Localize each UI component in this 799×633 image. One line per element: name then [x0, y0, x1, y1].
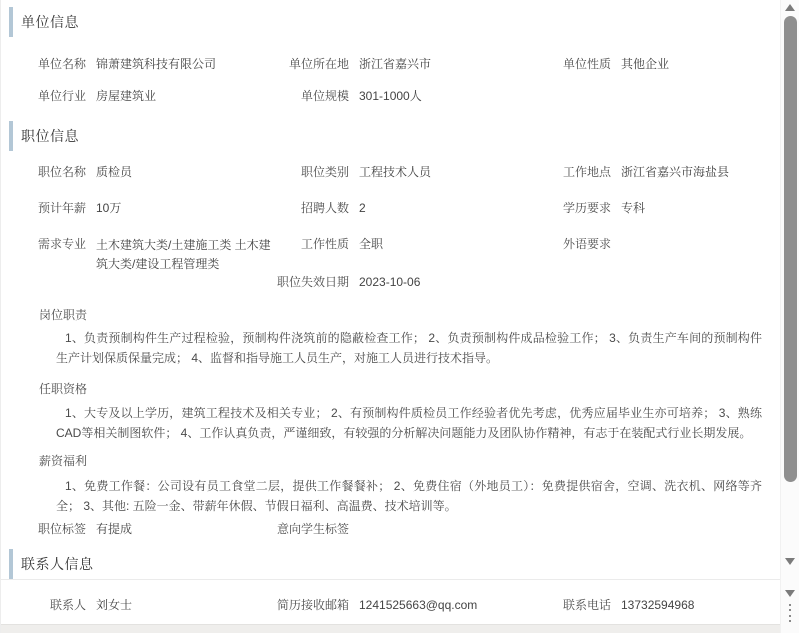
table-row: 职位标签 有提成 意向学生标签 — [1, 521, 781, 538]
subsection-title-duties: 岗位职责 — [39, 306, 87, 323]
table-row: 职位失效日期 2023-10-06 — [1, 274, 781, 291]
field-value: 刘女士 — [96, 597, 271, 614]
field-label: 预计年薪 — [1, 200, 86, 217]
grip-dots-icon — [789, 615, 791, 617]
field-label: 学历要求 — [541, 200, 611, 217]
field-value: 301-1000人 — [359, 88, 541, 105]
scroll-up-icon[interactable] — [785, 4, 795, 11]
scrollbar-thumb[interactable] — [784, 16, 797, 482]
subsection-title-qualifications: 任职资格 — [39, 380, 87, 397]
field-value: 10万 — [96, 200, 271, 217]
field-value: 浙江省嘉兴市海盐县 — [621, 164, 781, 181]
field-value: 质检员 — [96, 164, 271, 181]
field-value: 专科 — [621, 200, 781, 217]
table-row: 单位行业 房屋建筑业 单位规模 301-1000人 — [1, 88, 781, 105]
job-detail-panel: 单位信息 单位名称 锦萧建筑科技有限公司 单位所在地 浙江省嘉兴市 单位性质 其… — [0, 0, 799, 633]
field-value: 1241525663@qq.com — [359, 597, 541, 614]
scroll-down-icon-secondary[interactable] — [785, 590, 795, 597]
field-label: 意向学生标签 — [271, 521, 349, 538]
field-label: 单位性质 — [541, 56, 611, 73]
field-label: 工作地点 — [541, 164, 611, 181]
table-row: 预计年薪 10万 招聘人数 2 学历要求 专科 — [1, 200, 781, 217]
field-label: 联系人 — [1, 597, 86, 614]
field-label: 单位行业 — [1, 88, 86, 105]
field-value: 13732594968 — [621, 597, 781, 614]
table-row: 需求专业 土木建筑大类/土建施工类 土木建筑大类/建设工程管理类 工作性质 全职… — [1, 236, 781, 274]
field-label: 联系电话 — [541, 597, 611, 614]
horizontal-scrollbar-track[interactable] — [1, 624, 781, 633]
field-value: 浙江省嘉兴市 — [359, 56, 541, 73]
field-label: 职位名称 — [1, 164, 86, 181]
field-value: 工程技术人员 — [359, 164, 541, 181]
field-value: 全职 — [359, 236, 541, 253]
field-value: 其他企业 — [621, 56, 781, 73]
section-accent-bar — [9, 7, 13, 37]
section-title: 职位信息 — [21, 126, 79, 146]
field-label: 外语要求 — [541, 236, 611, 253]
field-label: 工作性质 — [271, 236, 349, 253]
field-label: 需求专业 — [1, 236, 86, 253]
field-value: 2 — [359, 200, 541, 217]
field-label: 单位规模 — [271, 88, 349, 105]
subsection-title-benefits: 薪资福利 — [39, 452, 87, 469]
field-value: 有提成 — [96, 521, 271, 538]
field-label: 简历接收邮箱 — [271, 597, 349, 614]
field-label: 职位标签 — [1, 521, 86, 538]
scroll-down-icon[interactable] — [785, 558, 795, 565]
divider — [1, 579, 781, 580]
subsection-text-benefits: 1、免费工作餐：公司设有员工食堂二层，提供工作餐餐补； 2、免费住宿（外地员工）… — [56, 476, 762, 516]
field-label: 单位所在地 — [271, 56, 349, 73]
field-value: 房屋建筑业 — [96, 88, 271, 105]
section-accent-bar — [9, 121, 13, 151]
field-value: 土木建筑大类/土建施工类 土木建筑大类/建设工程管理类 — [96, 236, 271, 274]
field-label: 单位名称 — [1, 56, 86, 73]
field-label: 职位类别 — [271, 164, 349, 181]
table-row: 联系人 刘女士 简历接收邮箱 1241525663@qq.com 联系电话 13… — [1, 597, 781, 614]
field-value: 锦萧建筑科技有限公司 — [96, 56, 271, 73]
subsection-text-duties: 1、负责预制构件生产过程检验，预制构件浇筑前的隐蔽检查工作； 2、负责预制构件成… — [56, 328, 762, 368]
vertical-scrollbar[interactable] — [780, 0, 799, 633]
table-row: 职位名称 质检员 职位类别 工程技术人员 工作地点 浙江省嘉兴市海盐县 — [1, 164, 781, 181]
subsection-text-qualifications: 1、大专及以上学历，建筑工程技术及相关专业； 2、有预制构件质检员工作经验者优先… — [56, 403, 762, 443]
section-title: 联系人信息 — [21, 554, 94, 574]
section-header-contact-info: 联系人信息 — [1, 548, 94, 580]
field-value: 2023-10-06 — [359, 274, 541, 291]
section-header-position-info: 职位信息 — [1, 120, 79, 152]
job-detail-content: 单位信息 单位名称 锦萧建筑科技有限公司 单位所在地 浙江省嘉兴市 单位性质 其… — [1, 0, 781, 633]
grip-dots-icon — [789, 604, 791, 606]
section-header-unit-info: 单位信息 — [1, 6, 79, 38]
section-accent-bar — [9, 549, 13, 579]
field-label: 招聘人数 — [271, 200, 349, 217]
table-row: 单位名称 锦萧建筑科技有限公司 单位所在地 浙江省嘉兴市 单位性质 其他企业 — [1, 56, 781, 73]
section-title: 单位信息 — [21, 12, 79, 32]
field-label: 职位失效日期 — [271, 274, 349, 291]
